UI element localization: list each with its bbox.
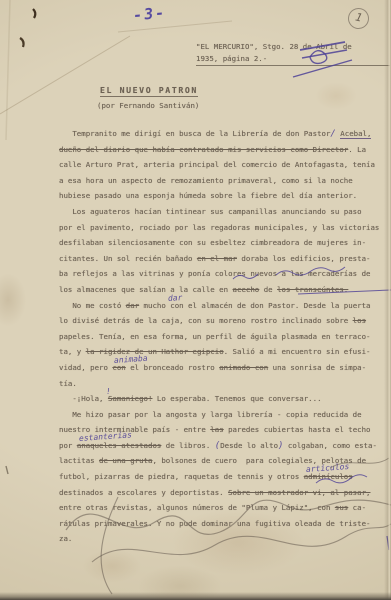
reference-line-2: 1935, página 2.- — [196, 53, 390, 67]
handwritten-insertion: estanterías — [78, 431, 79, 447]
struck-text: animado con — [219, 363, 268, 372]
struck-text: dueño del diario que había contratado mi… — [59, 145, 348, 154]
typed-line: calle Arturo Prat, arteria principal del… — [59, 157, 390, 173]
reference-line-1: "EL MERCURIO", Stgo. 28 de Abril de — [196, 41, 390, 53]
typed-text: futbol, pizarras de piedra, raquetas de … — [59, 472, 304, 481]
struck-text: dar — [126, 301, 139, 310]
typed-line: entre otras revistas, algunos números de… — [59, 500, 390, 516]
typed-text: Tempranito me dirigí en busca de la Libr… — [59, 129, 330, 138]
typed-line: hubiese pasado una esponja húmeda sobre … — [59, 188, 390, 204]
typed-text: tía. — [59, 379, 77, 388]
typed-text: lo divisé detrás de la caja, con su more… — [59, 316, 353, 325]
typed-text: rátulas primaverales. Y no pude dominar … — [59, 519, 370, 528]
struck-text: acecho — [233, 285, 260, 294]
document-title: EL NUEVO PATRON — [100, 85, 198, 97]
typed-text: desfilaban silenciosamente con su esbelt… — [59, 238, 366, 247]
typed-text: ba reflejos a las vitrinas y ponía color… — [59, 269, 370, 278]
typed-line: -¡Hola,! Samaniego! Lo esperaba. Tenemos… — [59, 391, 390, 407]
struck-text: las — [210, 425, 223, 434]
byline: (por Fernando Santiván) — [97, 101, 199, 110]
typed-text: hubiese pasado una esponja húmeda sobre … — [59, 191, 357, 200]
document-body: Tempranito me dirigí en busca de la Libr… — [59, 126, 390, 547]
typed-line: a esa hora un aspecto de remozamiento pr… — [59, 173, 390, 189]
typed-text: lactitas — [59, 456, 99, 465]
struck-text: Samaniego! — [108, 394, 153, 403]
typed-text: -¡Hola, — [59, 394, 104, 403]
typed-line: ba reflejos a las vitrinas y ponía color… — [59, 266, 390, 282]
struck-text: los transeúntes. — [277, 285, 348, 294]
typed-text: entre otras revistas, algunos números de… — [59, 503, 335, 512]
typed-line: dueño del diario que había contratado mi… — [59, 142, 390, 158]
typed-line: destinados a escolares y deportistas. So… — [59, 485, 390, 501]
typed-text: ta, y — [59, 347, 86, 356]
page-number: -3- — [133, 3, 167, 24]
typed-line: Me hizo pasar por la angosta y larga lib… — [59, 407, 390, 423]
typed-text: Lo esperaba. Tenemos que conversar... — [152, 394, 321, 403]
typed-line: ta, y la rigidez de un Hathor egipcio. S… — [59, 344, 390, 360]
typed-line: los almacenes que salían a la calle en a… — [59, 282, 390, 298]
typed-text: el bronceado rostro — [126, 363, 219, 372]
typed-line: citantes. Un sol recién bañado en el mar… — [59, 251, 390, 267]
typed-text: Desde lo alto — [220, 441, 278, 450]
typed-text: Los aguateros hacían tintinear sus campa… — [59, 207, 362, 216]
typed-text: ca- — [348, 503, 366, 512]
typed-text: por el pavimento, rociado por las regado… — [59, 223, 379, 232]
typed-text: papeles. Tenía, en esa forma, un perfil … — [59, 332, 370, 341]
typed-text: colgaban, como esta- — [283, 441, 376, 450]
typed-text: de libros. — [161, 441, 214, 450]
scanned-manuscript-page: -3- 1 "EL MERCURIO", Stgo. 28 de Abril d… — [0, 0, 391, 600]
typed-text: a esa hora un aspecto de remozamiento pr… — [59, 176, 353, 185]
struck-text: en el mar — [197, 254, 237, 263]
typed-text: . La — [348, 145, 366, 154]
ink-speck — [33, 9, 35, 18]
typed-line: futbol, pizarras de piedra, raquetas de … — [59, 469, 390, 485]
struck-text: de una gruta — [99, 456, 152, 465]
typed-line: Los aguateros hacían tintinear sus campa… — [59, 204, 390, 220]
underlined-text: Acebal, — [340, 129, 371, 139]
typed-text: Me hizo pasar por la angosta y larga lib… — [59, 410, 362, 419]
reference-header: "EL MERCURIO", Stgo. 28 de Abril de 1935… — [196, 41, 390, 66]
typed-text: . Salió a mi encuentro sin efusi- — [224, 347, 371, 356]
page-edge-shadow — [384, 0, 391, 600]
struck-text: sus — [335, 503, 348, 512]
typed-line: rátulas primaverales. Y no pude dominar … — [59, 516, 390, 532]
typed-text: vidad, pero — [59, 363, 112, 372]
typed-line: por estanteríasanaqueles atestados de li… — [59, 438, 390, 454]
typed-text: No me costó — [59, 301, 126, 310]
typed-text: una sonrisa de simpa- — [268, 363, 366, 372]
struck-text: la rigidez de un Hathor egipcio — [86, 347, 224, 356]
typed-line: por el pavimento, rociado por las regado… — [59, 220, 390, 236]
ink-speck — [6, 466, 8, 474]
typed-line: lo divisé detrás de la caja, con su more… — [59, 313, 390, 329]
typed-line: papeles. Tenía, en esa forma, un perfil … — [59, 329, 390, 345]
typed-text: calle Arturo Prat, arteria principal del… — [59, 160, 375, 169]
typed-text: citantes. Un sol recién bañado — [59, 254, 197, 263]
typed-line: No me costó dar muchodar con el almacén … — [59, 298, 390, 314]
typed-text: de — [259, 285, 277, 294]
typed-text: za. — [59, 534, 72, 543]
typed-text: por — [59, 441, 77, 450]
typed-text: los almacenes que salían a la calle en — [59, 285, 233, 294]
typed-line: Tempranito me dirigí en busca de la Libr… — [59, 126, 390, 142]
ink-speck — [20, 38, 24, 47]
typed-text: destinados a escolares y deportistas. — [59, 488, 228, 497]
typed-text: con el almacén de don Pastor. Desde la p… — [166, 301, 371, 310]
typed-line: za. — [59, 531, 390, 547]
typed-line: vidad, pero animabacon el bronceado rost… — [59, 360, 390, 376]
fold-crease — [6, 0, 10, 140]
scan-bottom-edge — [0, 592, 391, 600]
circled-page-index: 1 — [346, 6, 371, 31]
struck-text: los — [353, 316, 366, 325]
typed-text: paredes cubiertas hasta el techo — [224, 425, 371, 434]
typed-text: mucho — [139, 301, 166, 310]
typed-text: doraba los edificios, presta- — [237, 254, 371, 263]
struck-text: Sobre un mostrador vi, al pasar, — [228, 488, 370, 497]
typed-line: desfilaban silenciosamente con su esbelt… — [59, 235, 390, 251]
